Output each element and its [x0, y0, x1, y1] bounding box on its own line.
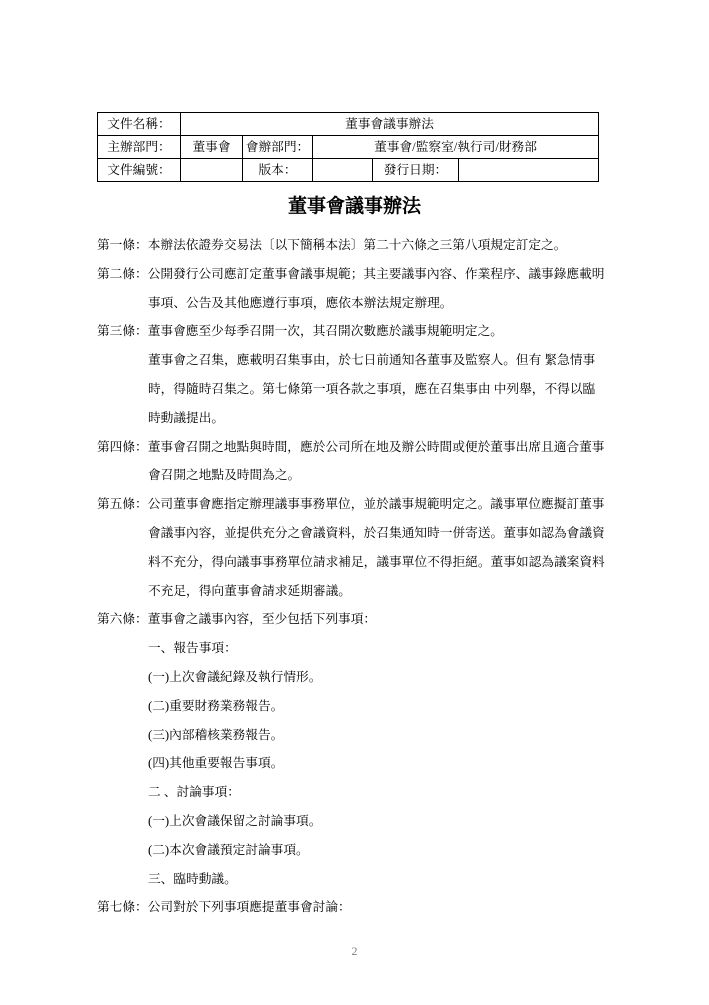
doc-line: (一)上次會議紀錄及執行情形。 [97, 663, 622, 692]
doc-line: 三、臨時動議。 [97, 865, 622, 894]
host-dept-value: 董事會 [181, 136, 243, 159]
doc-line: (二)重要財務業務報告。 [97, 692, 622, 721]
doc-line: 第四條：董事會召開之地點與時間，應於公司所在地及辦公時間或便於董事出席且適合董事 [97, 433, 622, 462]
doc-line: 第六條：董事會之議事內容，至少包括下列事項： [97, 605, 622, 634]
table-row-departments: 主辦部門： 董事會 會辦部門： 董事會/監察室/執行司/財務部 [98, 136, 599, 159]
doc-line: (一)上次會議保留之討論事項。 [97, 807, 622, 836]
doc-line: 第一條：本辦法依證券交易法〔以下簡稱本法〕第二十六條之三第八項規定訂定之。 [97, 231, 622, 260]
page-number: 2 [0, 943, 709, 959]
doc-line: 會召開之地點及時間為之。 [97, 461, 622, 490]
doc-line: 董事會之召集，應載明召集事由，於七日前通知各董事及監察人。但有 緊急情事 [97, 346, 622, 375]
doc-line: 不充足，得向董事會請求延期審議。 [97, 577, 622, 606]
version-value [313, 159, 373, 182]
doc-line: 事項、公告及其他應遵行事項，應依本辦法規定辦理。 [97, 289, 622, 318]
document-body: 第一條：本辦法依證券交易法〔以下簡稱本法〕第二十六條之三第八項規定訂定之。 第二… [97, 231, 622, 922]
co-dept-value: 董事會/監察室/執行司/財務部 [313, 136, 599, 159]
doc-line: (四)其他重要報告事項。 [97, 749, 622, 778]
doc-name-value: 董事會議事辦法 [181, 113, 599, 136]
doc-line: 時動議提出。 [97, 404, 622, 433]
doc-no-value [181, 159, 243, 182]
co-dept-label: 會辦部門： [243, 136, 313, 159]
version-label: 版本： [243, 159, 313, 182]
host-dept-label: 主辦部門： [98, 136, 181, 159]
doc-line: 一、報告事項： [97, 634, 622, 663]
doc-line: 第五條：公司董事會應指定辦理議事事務單位，並於議事規範明定之。議事單位應擬訂董事 [97, 490, 622, 519]
issue-date-value [459, 159, 599, 182]
doc-line: 第七條：公司對於下列事項應提董事會討論： [97, 893, 622, 922]
table-row-doc-meta: 文件編號： 版本： 發行日期： [98, 159, 599, 182]
page-title: 董事會議事辦法 [0, 193, 709, 221]
issue-date-label: 發行日期： [373, 159, 459, 182]
doc-line: (二)本次會議預定討論事項。 [97, 836, 622, 865]
doc-line: 第三條：董事會應至少每季召開一次，其召開次數應於議事規範明定之。 [97, 317, 622, 346]
doc-line: 第二條：公開發行公司應訂定董事會議事規範；其主要議事內容、作業程序、議事錄應載明 [97, 260, 622, 289]
doc-line: 會議事內容，並提供充分之會議資料，於召集通知時一併寄送。董事如認為會議資 [97, 519, 622, 548]
table-row-doc-name: 文件名稱： 董事會議事辦法 [98, 113, 599, 136]
doc-line: 料不充分，得向議事事務單位請求補足，議事單位不得拒絕。董事如認為議案資料 [97, 548, 622, 577]
document-header-table: 文件名稱： 董事會議事辦法 主辦部門： 董事會 會辦部門： 董事會/監察室/執行… [97, 112, 599, 182]
doc-line: 時，得隨時召集之。第七條第一項各款之事項，應在召集事由 中列舉，不得以臨 [97, 375, 622, 404]
doc-name-label: 文件名稱： [98, 113, 181, 136]
document-page: 文件名稱： 董事會議事辦法 主辦部門： 董事會 會辦部門： 董事會/監察室/執行… [0, 0, 709, 1005]
doc-line: (三)內部稽核業務報告。 [97, 721, 622, 750]
doc-no-label: 文件編號： [98, 159, 181, 182]
doc-line: 二 、討論事項： [97, 778, 622, 807]
